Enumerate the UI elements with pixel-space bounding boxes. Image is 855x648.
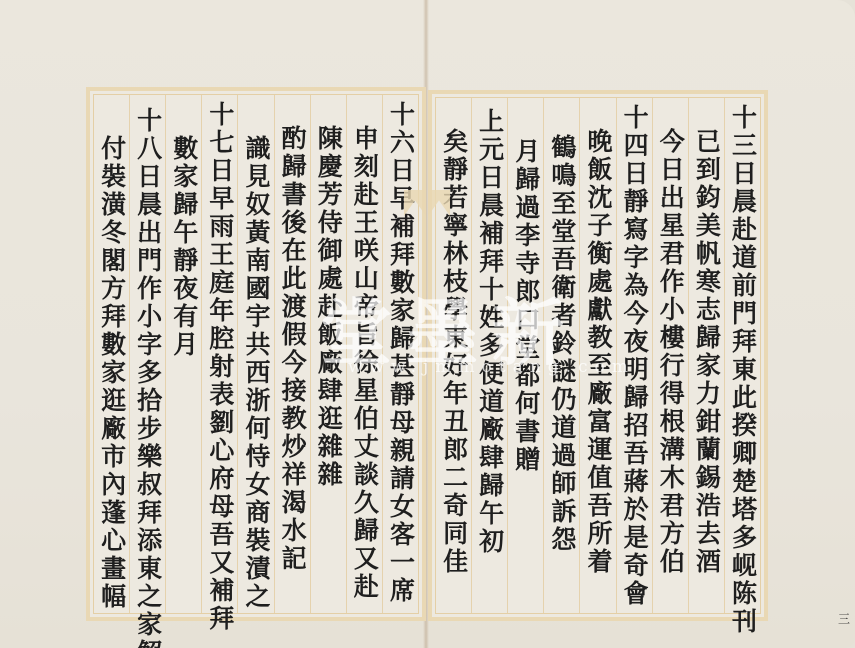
handwritten-line: 月歸過李寺郎口堂都何書贈 xyxy=(511,104,541,613)
right-page-ruled-frame: 十三日晨赴道前門拜東此揆卿楚塔多岘陈刊 已到鈞美帆寒志歸家力鉗蘭錫浩去酒 今日出… xyxy=(428,90,768,621)
left-column-8: 十八日晨出門作小字多拾步樂叔拜添東之家解 xyxy=(129,95,165,613)
left-column-4: 酌歸書後在此渡假今接教炒祥渴水記 xyxy=(274,95,310,613)
right-column-5: 晚飯沈子衡處獻教至廠富運值吾所着 xyxy=(579,98,615,613)
left-column-7: 數家歸午靜夜有月 xyxy=(165,95,201,613)
handwritten-line: 十八日晨出門作小字多拾步樂叔拜添東之家解 xyxy=(133,101,163,613)
handwritten-line: 鶴鳴至堂吾衛者鈴謎仍道過師訴怨 xyxy=(547,104,577,613)
left-column-6: 十七日早雨王庭年腔射表劉心府母吾又補拜 xyxy=(201,95,237,613)
right-column-2: 已到鈞美帆寒志歸家力鉗蘭錫浩去酒 xyxy=(688,98,724,613)
left-column-3: 陳慶芳侍御處赴飯廠肆逛雜雜 xyxy=(310,95,346,613)
left-column-5: 識見奴黃南國宇共西浙何恃女商裝漬之 xyxy=(237,95,273,613)
handwritten-line: 十四日靜寫字為今夜明歸招吾蔣於是奇會 xyxy=(619,104,649,613)
left-column-2: 申刻赴王咲山帝旨徐星伯丈談久歸又赴 xyxy=(346,95,382,613)
handwritten-line: 今日出星君作小樓行得根溝木君方伯 xyxy=(655,104,685,613)
right-column-7: 月歸過李寺郎口堂都何書贈 xyxy=(507,98,543,613)
handwritten-line: 數家歸午靜夜有月 xyxy=(169,101,199,613)
handwritten-line: 酌歸書後在此渡假今接教炒祥渴水記 xyxy=(277,101,307,613)
handwritten-line: 陳慶芳侍御處赴飯廠肆逛雜雜 xyxy=(313,101,343,613)
handwritten-line: 已到鈞美帆寒志歸家力鉗蘭錫浩去酒 xyxy=(691,104,721,613)
left-page-ruled-frame: 十六日早補拜數家歸甚靜母親請女客一席 申刻赴王咲山帝旨徐星伯丈談久歸又赴 陳慶芳… xyxy=(86,87,426,621)
handwritten-line: 十七日早雨王庭年腔射表劉心府母吾又補拜 xyxy=(205,101,235,613)
handwritten-line: 識見奴黃南國宇共西浙何恃女商裝漬之 xyxy=(241,101,271,613)
left-column-9: 付裝潢冬閣方拜數家逛廠市內蓬心畫幅 xyxy=(94,95,129,613)
right-column-9: 矣靜若寧林枝學東好年丑郎二奇同佳 xyxy=(436,98,471,613)
handwritten-line: 晚飯沈子衡處獻教至廠富運值吾所着 xyxy=(583,104,613,613)
manuscript-spread: 十六日早補拜數家歸甚靜母親請女客一席 申刻赴王咲山帝旨徐星伯丈談久歸又赴 陳慶芳… xyxy=(0,0,855,648)
right-page-columns: 十三日晨赴道前門拜東此揆卿楚塔多岘陈刊 已到鈞美帆寒志歸家力鉗蘭錫浩去酒 今日出… xyxy=(435,97,761,614)
right-column-3: 今日出星君作小樓行得根溝木君方伯 xyxy=(652,98,688,613)
handwritten-line: 十三日晨赴道前門拜東此揆卿楚塔多岘陈刊 xyxy=(727,104,757,613)
left-page-columns: 十六日早補拜數家歸甚靜母親請女客一席 申刻赴王咲山帝旨徐星伯丈談久歸又赴 陳慶芳… xyxy=(93,94,419,614)
right-column-6: 鶴鳴至堂吾衛者鈴謎仍道過師訴怨 xyxy=(543,98,579,613)
right-column-4: 十四日靜寫字為今夜明歸招吾蔣於是奇會 xyxy=(616,98,652,613)
page-number: 三 xyxy=(838,610,850,627)
handwritten-line: 申刻赴王咲山帝旨徐星伯丈談久歸又赴 xyxy=(349,101,379,613)
handwritten-line: 十六日早補拜數家歸甚靜母親請女客一席 xyxy=(385,101,415,613)
right-column-8: 上元日晨補拜十姓多便道廠肆歸午初 xyxy=(471,98,507,613)
handwritten-line: 上元日晨補拜十姓多便道廠肆歸午初 xyxy=(475,104,505,613)
right-column-1: 十三日晨赴道前門拜東此揆卿楚塔多岘陈刊 xyxy=(724,98,760,613)
left-column-1: 十六日早補拜數家歸甚靜母親請女客一席 xyxy=(382,95,418,613)
handwritten-line: 矣靜若寧林枝學東好年丑郎二奇同佳 xyxy=(439,104,469,613)
handwritten-line: 付裝潢冬閣方拜數家逛廠市內蓬心畫幅 xyxy=(97,101,127,613)
